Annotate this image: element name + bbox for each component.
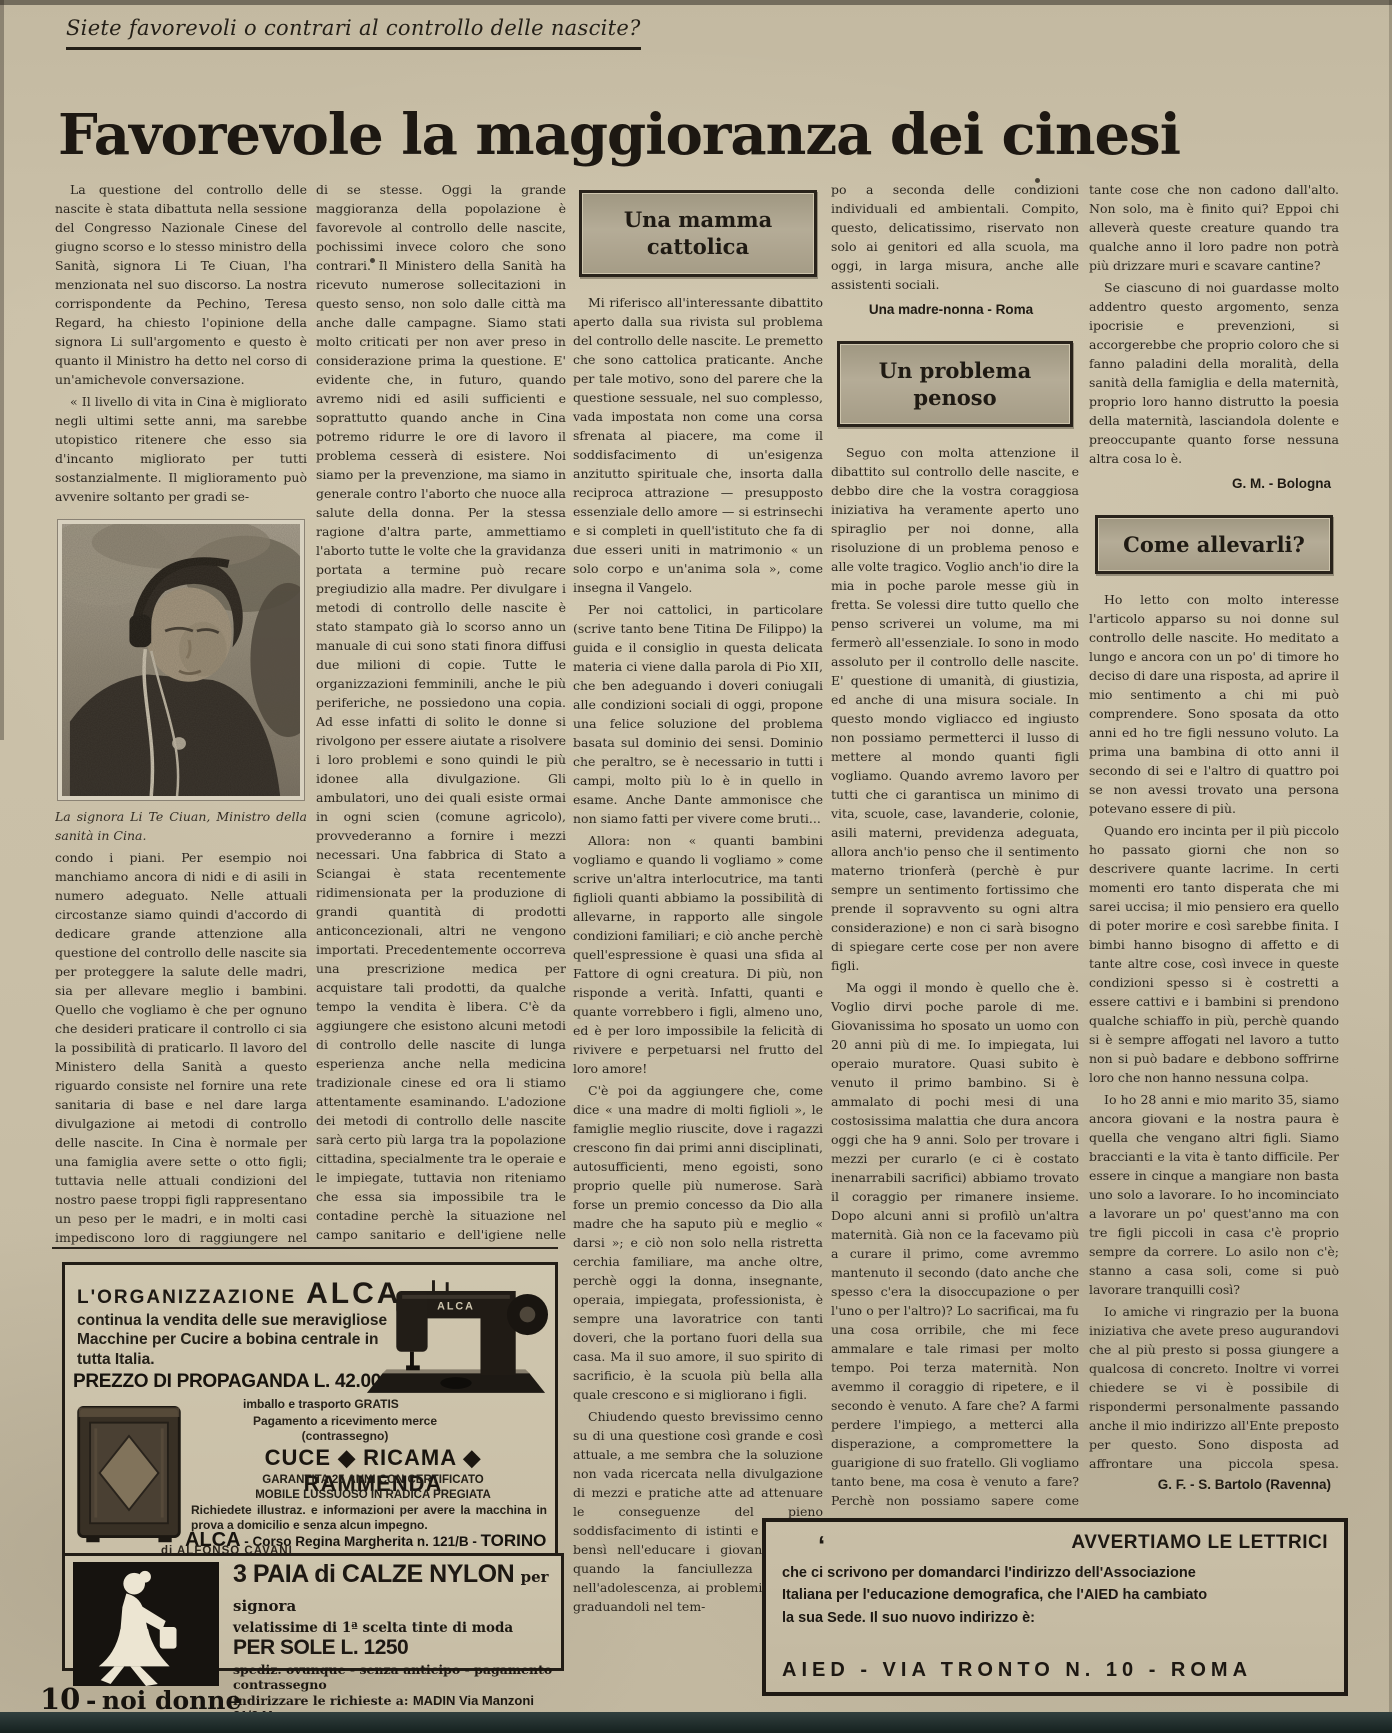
letter-text-block: Ho letto con molto interesse l'articolo … <box>1089 590 1339 1473</box>
minister-photo <box>57 519 305 801</box>
magazine-name: noi donne <box>102 1686 241 1715</box>
notice-title: AVVERTIAMO LE LETTRICI <box>1071 1532 1328 1554</box>
alca-guarantee-line-2: MOBILE LUSSUOSO IN RADICA PREGIATA <box>197 1488 549 1503</box>
article-paragraph: di se stesse. Oggi la grande maggioranza… <box>316 180 566 1246</box>
woman-silhouette-illustration <box>73 1562 219 1686</box>
letter-signature: Una madre-nonna - Roma <box>831 300 1079 321</box>
alca-guarantee-lines: GARANTITA 25 ANNI CON CERTIFICATO MOBILE… <box>197 1473 549 1503</box>
alca-intro-text: continua la vendita delle sue meraviglio… <box>77 1311 397 1369</box>
article-column-2: di se stesse. Oggi la grande maggioranza… <box>316 180 566 1246</box>
letter-paragraph: Ma oggi il mondo è quello che è. Voglio … <box>831 978 1079 1506</box>
calze-headline: 3 PAIA di CALZE NYLON per signora <box>233 1560 555 1618</box>
letter-paragraph: Mi riferisco all'interessante dibattito … <box>573 293 823 597</box>
alca-org-prefix: L'ORGANIZZAZIONE <box>77 1287 296 1308</box>
letter-paragraph: Allora: non « quanti bambini vogliamo e … <box>573 831 823 1078</box>
scan-edge-top <box>0 0 1392 5</box>
scan-edge-bottom <box>0 1712 1392 1733</box>
scan-edge-left <box>0 0 4 740</box>
calze-address-prefix: indirizzare le richieste a: <box>233 1693 413 1708</box>
alca-address-city: TORINO <box>481 1531 547 1550</box>
letter-paragraph: Ho letto con molto interesse l'articolo … <box>1089 590 1339 818</box>
article-text-block: di se stesse. Oggi la grande maggioranza… <box>316 180 566 1246</box>
paper-speck <box>370 258 375 263</box>
letter-paragraph: Se ciascuno di noi guardasse molto adden… <box>1089 278 1339 468</box>
cabinet-image <box>73 1399 185 1545</box>
letter-paragraph: po a seconda delle condizioni individual… <box>831 180 1079 294</box>
letter-paragraph: Seguo con molta attenzione il dibattito … <box>831 443 1079 975</box>
woman-silhouette-image <box>73 1562 219 1686</box>
magazine-page: Siete favorevoli o contrari al controllo… <box>0 0 1392 1733</box>
letter-paragraph: C'è poi da aggiungere che, come dice « u… <box>573 1081 823 1404</box>
letter-paragraph: Io amiche vi ringrazio per la buona iniz… <box>1089 1302 1339 1473</box>
letter-paragraph: Quando ero incinta per il più piccolo ho… <box>1089 821 1339 1087</box>
calze-nylon-ad: 3 PAIA di CALZE NYLON per signora velati… <box>62 1553 564 1671</box>
photo-caption: La signora Li Te Ciuan, Ministro della s… <box>55 807 307 845</box>
letter-paragraph: tante cose che non cadono dall'alto. Non… <box>1089 180 1339 275</box>
sewing-machine-brand-label: ALCA <box>437 1301 475 1313</box>
calze-price-line: velatissime di 1ª scelta tinte di moda P… <box>233 1620 555 1660</box>
letter-paragraph: Per noi cattolici, in particolare (scriv… <box>573 600 823 828</box>
article-column-1: La questione del controllo delle nascite… <box>55 180 307 1246</box>
alca-org-line: L'ORGANIZZAZIONEALCA <box>77 1277 401 1311</box>
page-title: Favorevole la maggioranza dei cinesi <box>58 102 1180 168</box>
paper-speck <box>1035 178 1040 183</box>
article-column-5: tante cose che non cadono dall'alto. Non… <box>1089 180 1339 1506</box>
alca-sewing-machine-ad: L'ORGANIZZAZIONEALCA continua la vendita… <box>62 1262 558 1556</box>
calze-quality-text: velatissime di 1ª scelta tinte di moda <box>233 1620 513 1636</box>
letter-signature: G. M. - Bologna <box>1089 474 1339 495</box>
kicker: Siete favorevoli o contrari al controllo… <box>66 16 641 50</box>
alca-payment-line: Pagamento a ricevimento merce (contrasse… <box>235 1414 455 1444</box>
letter-text-block: Mi riferisco all'interessante dibattito … <box>573 293 823 1700</box>
page-number: 10 <box>40 1682 80 1716</box>
minister-photo-illustration <box>62 524 300 796</box>
letter-paragraph: Io ho 28 anni e mio marito 35, siamo anc… <box>1089 1090 1339 1299</box>
sewing-machine-image: ALCA <box>363 1275 549 1401</box>
article-column-4: po a seconda delle condizioni individual… <box>831 180 1079 1506</box>
letter-header-una-mamma-cattolica: Una mamma cattolica <box>579 190 817 277</box>
letter-header-un-problema-penoso: Un problema penoso <box>837 341 1073 428</box>
article-text-block: condo i piani. Per esempio noi manchiamo… <box>55 848 307 1246</box>
footer-separator: - <box>86 1686 96 1715</box>
letter-text-block: Seguo con molta attenzione il dibattito … <box>831 443 1079 1506</box>
alca-price-line: PREZZO DI PROPAGANDA L. 42.000 <box>73 1371 391 1393</box>
article-paragraph: La questione del controllo delle nascite… <box>55 180 307 389</box>
alca-guarantee-line-1: GARANTITA 25 ANNI CON CERTIFICATO <box>197 1473 549 1488</box>
notice-body: che ci scrivono per domandarci l'indiriz… <box>782 1562 1212 1629</box>
notice-address: AIED - VIA TRONTO N. 10 - ROMA <box>782 1659 1252 1682</box>
page-footer: 10 - noi donne <box>40 1682 241 1716</box>
aied-notice-box: ʻ AVVERTIAMO LE LETTRICI che ci scrivono… <box>762 1518 1348 1696</box>
letter-header-come-allevarli: Come allevarli? <box>1095 515 1333 574</box>
letter-signature: G. F. - S. Bartolo (Ravenna) <box>1089 1475 1339 1496</box>
ink-mark: ʻ <box>818 1530 825 1561</box>
section-divider-rule <box>52 1247 558 1249</box>
calze-price-text: PER SOLE L. 1250 <box>233 1636 408 1659</box>
article-paragraph: « Il livello di vita in Cina è migliorat… <box>55 392 307 506</box>
article-column-3: Una mamma cattolica Mi riferisco all'int… <box>573 180 823 1700</box>
calze-headline-main: 3 PAIA di CALZE NYLON <box>233 1560 514 1588</box>
calze-ad-text: 3 PAIA di CALZE NYLON per signora velati… <box>233 1560 555 1733</box>
article-paragraph: condo i piani. Per esempio noi manchiamo… <box>55 848 307 1246</box>
calze-shipping-line: spediz. ovunque - senza anticipo - pagam… <box>233 1662 555 1692</box>
